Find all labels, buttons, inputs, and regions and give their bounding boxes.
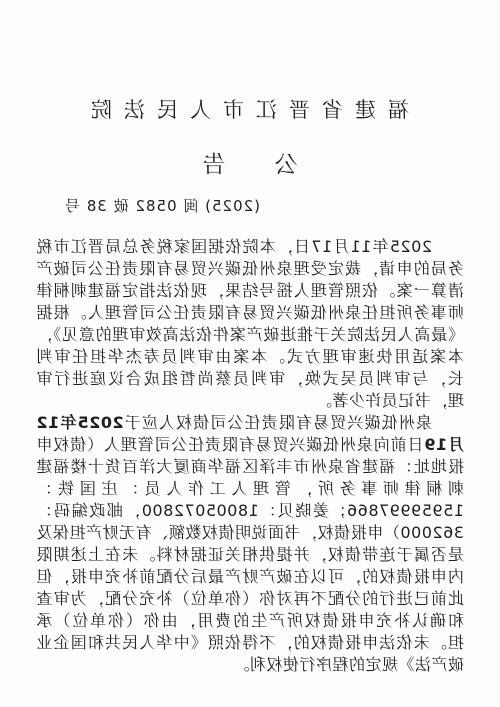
announcement-body: 2025年11月17日，本院依据国家税务总局晋江市税务局的申请，裁定受理泉州低碳… xyxy=(36,236,464,676)
paragraph2-post-text: 日前向泉州低碳兴贸易有限责任公司管理人（债权申报地址：福建省泉州市丰泽区福华商厦… xyxy=(36,435,464,674)
screenshot-viewport: 福建省晋江市人民法院 公 告 (2025) 闽 0582 破 38 号 2025… xyxy=(0,0,500,707)
paragraph1-text: 2025年11月17日，本院依据国家税务总局晋江市税务局的申请，裁定受理泉州低碳… xyxy=(36,237,464,410)
court-name-title: 福建省晋江市人民法院 xyxy=(36,94,464,124)
paragraph-case-acceptance: 2025年11月17日，本院依据国家税务总局晋江市税务局的申请，裁定受理泉州低碳… xyxy=(36,236,464,412)
document-content: 福建省晋江市人民法院 公 告 (2025) 闽 0582 破 38 号 2025… xyxy=(0,94,500,676)
paragraph2-pre-text: 泉州低碳兴贸易有限责任公司债权人应于 xyxy=(124,413,432,432)
case-number: (2025) 闽 0582 破 38 号 xyxy=(36,195,464,216)
paragraph-claim-declaration: 泉州低碳兴贸易有限责任公司债权人应于2025年12月19日前向泉州低碳兴贸易有限… xyxy=(36,412,464,676)
document-page: 福建省晋江市人民法院 公 告 (2025) 闽 0582 破 38 号 2025… xyxy=(0,0,500,707)
document-type-heading: 公 告 xyxy=(36,146,464,179)
